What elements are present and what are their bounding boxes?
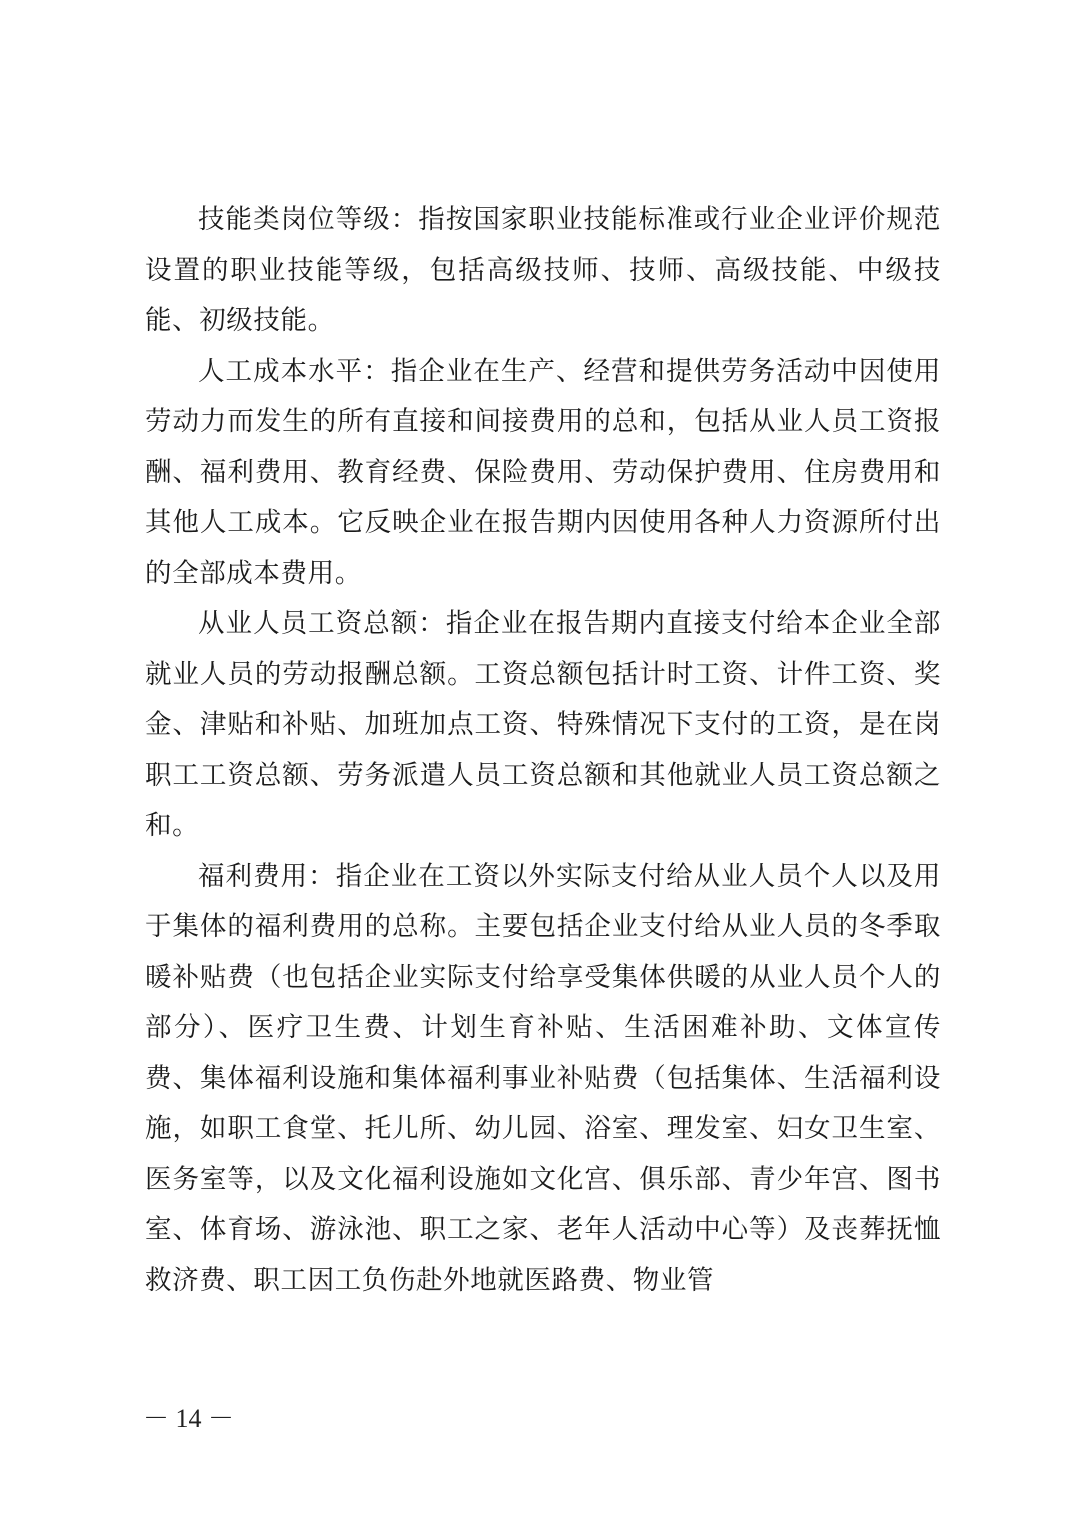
paragraph-welfare-expenses: 福利费用：指企业在工资以外实际支付给从业人员个人以及用于集体的福利费用的总称。主… bbox=[145, 852, 941, 1307]
definition-welfare-expenses: 指企业在工资以外实际支付给从业人员个人以及用于集体的福利费用的总称。主要包括企业… bbox=[145, 861, 941, 1296]
term-labor-cost-level: 人工成本水平： bbox=[198, 356, 391, 387]
page-number: － 14 － bbox=[143, 1398, 234, 1435]
term-welfare-expenses: 福利费用： bbox=[198, 861, 336, 892]
paragraph-labor-cost-level: 人工成本水平：指企业在生产、经营和提供劳务活动中因使用劳动力而发生的所有直接和间… bbox=[145, 347, 941, 600]
paragraph-total-wages: 从业人员工资总额：指企业在报告期内直接支付给本企业全部就业人员的劳动报酬总额。工… bbox=[145, 599, 941, 852]
document-page: 技能类岗位等级：指按国家职业技能标准或行业企业评价规范设置的职业技能等级，包括高… bbox=[145, 195, 941, 1306]
term-skill-post-level: 技能类岗位等级： bbox=[198, 204, 418, 235]
definition-total-wages: 指企业在报告期内直接支付给本企业全部就业人员的劳动报酬总额。工资总额包括计时工资… bbox=[145, 608, 941, 841]
definition-labor-cost-level: 指企业在生产、经营和提供劳务活动中因使用劳动力而发生的所有直接和间接费用的总和，… bbox=[145, 356, 941, 589]
paragraph-skill-post-level: 技能类岗位等级：指按国家职业技能标准或行业企业评价规范设置的职业技能等级，包括高… bbox=[145, 195, 941, 347]
term-total-wages: 从业人员工资总额： bbox=[198, 608, 446, 639]
